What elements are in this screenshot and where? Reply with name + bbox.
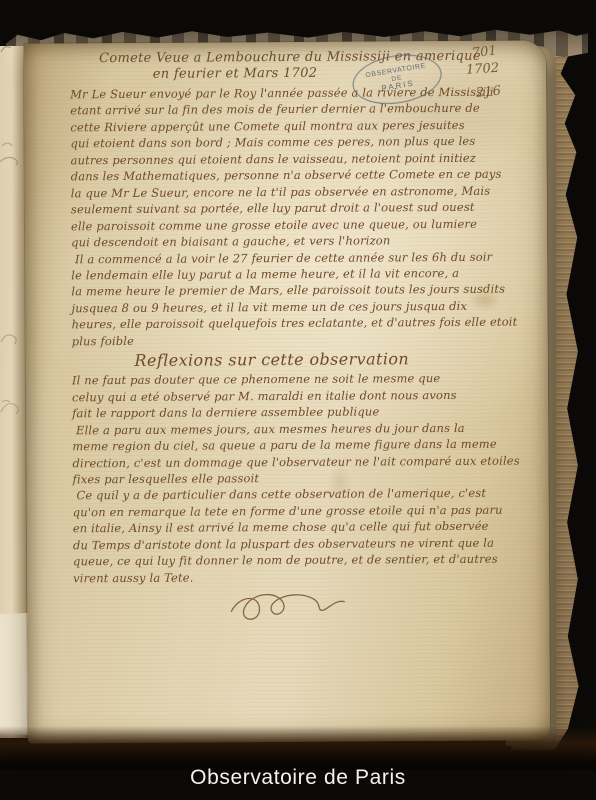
manuscript-line: elle paroissoit comme une grosse etoile … — [71, 215, 511, 234]
manuscript-line: direction, c'est un dommage que l'observ… — [72, 452, 512, 471]
section-heading: Reflexions sur cette observation — [72, 349, 472, 370]
ink-fragment-left-3 — [0, 398, 22, 418]
manuscript-page: 701 1702 216 OBSERVATOIRE DE PARIS Comet… — [24, 40, 550, 743]
manuscript-line: heures, elle paroissoit quelquefois tres… — [72, 314, 512, 333]
manuscript-line: plus foible — [72, 330, 512, 349]
ink-fragment-left-1 — [0, 140, 22, 170]
manuscript-line: celuy qui a eté observé par M. maraldi e… — [72, 386, 512, 405]
photo-stage: 701 1702 216 OBSERVATOIRE DE PARIS Comet… — [0, 0, 596, 800]
signature-flourish — [223, 589, 373, 624]
manuscript-paragraph-2: Il ne faut pas douter que ce phenomene n… — [72, 370, 513, 587]
manuscript-line: virent aussy la Tete. — [73, 567, 513, 586]
ink-fragment-left-2 — [0, 330, 20, 348]
manuscript-title-line-2: en feurier et Mars 1702 — [70, 65, 400, 82]
caption-bar: Observatoire de Paris — [0, 756, 596, 800]
ink-fragment-left-top — [0, 42, 14, 58]
manuscript-text: Comete Veue a Lembouchure du Mississiji … — [24, 40, 550, 743]
manuscript-paragraph-1: Mr Le Sueur envoyé par le Roy l'année pa… — [70, 84, 512, 350]
caption-text: Observatoire de Paris — [190, 766, 406, 790]
manuscript-title-line-1: Comete Veue a Lembouchure du Mississiji … — [70, 49, 510, 67]
manuscript-line: meme region du ciel, sa queue a paru de … — [72, 436, 512, 455]
stamp-line-3: PARIS — [381, 80, 415, 94]
manuscript-line: queue, ce qui luy fit donner le nom de p… — [73, 551, 513, 570]
